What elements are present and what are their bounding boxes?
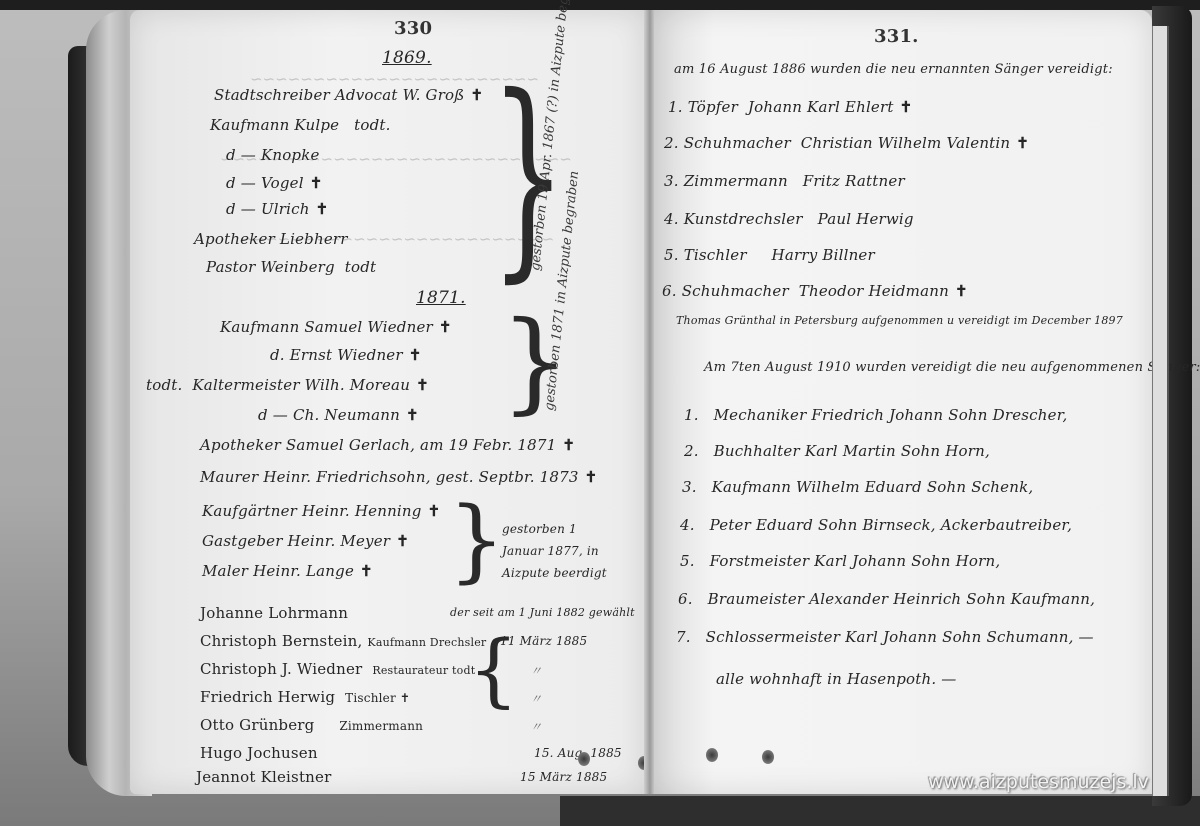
binding-hole (762, 750, 774, 764)
member-entry: 2. Schuhmacher Christian Wilhelm Valenti… (664, 134, 1029, 152)
register-entry: Kaufgärtner Heinr. Henning✝ (202, 502, 440, 520)
deceased-cross-icon: ✝ (396, 532, 409, 550)
member-entry: 2. Buchhalter Karl Martin Sohn Horn, (684, 442, 990, 460)
year-heading-1869: 1869. (382, 48, 432, 68)
register-entry: Pastor Weinberg todt (206, 258, 376, 276)
register-entry: Stadtschreiber Advocat W. Groß✝ (214, 86, 483, 104)
heading-1886: am 16 August 1886 wurden die neu ernannt… (674, 62, 1113, 77)
bracket-1885: { (468, 630, 519, 710)
member-entry: 3. Zimmermann Fritz Rattner (664, 172, 905, 190)
register-entry: d — Vogel✝ (226, 174, 322, 192)
deceased-cross-icon: ✝ (439, 318, 452, 336)
deceased-cross-icon: ✝ (360, 562, 373, 580)
register-entry: Christoph J. Wiedner Restaurateur todt (200, 660, 475, 678)
register-entry: Hugo Jochusen (200, 744, 318, 762)
page-number: 330 (394, 18, 432, 39)
register-entry: Friedrich Herwig Tischler ✝ (200, 688, 410, 706)
binding-hole (578, 752, 590, 766)
right-page: 331. am 16 August 1886 wurden die neu er… (654, 10, 1152, 794)
register-entry: d — Ch. Neumann✝ (258, 406, 419, 424)
member-entry: 3. Kaufmann Wilhelm Eduard Sohn Schenk, (682, 478, 1033, 496)
deceased-cross-icon: ✝ (955, 282, 968, 300)
deceased-cross-icon: ✝ (416, 376, 429, 394)
deceased-cross-icon: ✝ (428, 502, 441, 520)
register-entry: Christoph Bernstein, Kaufmann Drechsler (200, 632, 486, 650)
member-entry: 5. Tischler Harry Billner (664, 246, 875, 264)
note-1897: Thomas Grünthal in Petersburg aufgenomme… (676, 314, 1123, 327)
register-entry: Kaufmann Samuel Wiedner✝ (220, 318, 452, 336)
register-entry: Gastgeber Heinr. Meyer✝ (202, 532, 409, 550)
register-entry: d — Ulrich✝ (226, 200, 328, 218)
register-entry: todt. Kaltermeister Wilh. Moreau✝ (146, 376, 429, 394)
member-entry: 1. Mechaniker Friedrich Johann Sohn Dres… (684, 406, 1067, 424)
deceased-cross-icon: ✝ (406, 406, 419, 424)
deceased-cross-icon: ✝ (409, 346, 422, 364)
deceased-cross-icon: ✝ (585, 468, 598, 486)
entry-date: 15 März 1885 (520, 770, 607, 784)
register-entry: Apotheker Liebherr (194, 230, 348, 248)
deceased-cross-icon: ✝ (900, 98, 913, 116)
member-entry: 6. Braumeister Alexander Heinrich Sohn K… (678, 590, 1095, 608)
register-entry: Apotheker Samuel Gerlach, am 19 Febr. 18… (200, 436, 575, 454)
member-entry: 1. Töpfer Johann Karl Ehlert✝ (668, 98, 912, 116)
register-entry: d. Ernst Wiedner✝ (270, 346, 422, 364)
register-entry: Maurer Heinr. Friedrichsohn, gest. Septb… (200, 468, 597, 486)
deceased-cross-icon: ✝ (316, 200, 329, 218)
closing-line: alle wohnhaft in Hasenpoth. — (716, 670, 956, 688)
member-entry: 6. Schuhmacher Theodor Heidmann✝ (662, 282, 968, 300)
member-entry: 7. Schlossermeister Karl Johann Sohn Sch… (676, 628, 1094, 646)
bracket-1877: } (448, 496, 505, 586)
page-number: 331. (874, 26, 919, 47)
open-book: ~~~~~~~~~~~~~~~~~~~~~~~ ~~~~~~~~~~~~~~~~… (68, 6, 1192, 804)
register-entry: Jeannot Kleistner (196, 768, 332, 786)
entry-date: 〃 (530, 690, 542, 707)
entry-date: der seit am 1 Juni 1882 gewählt (450, 606, 635, 619)
entry-date: 〃 (530, 718, 542, 735)
bracket-note-1877: gestorben 1 Januar 1877, in Aizpute beer… (502, 518, 622, 584)
page-stack-right-edge (1152, 26, 1169, 796)
deceased-cross-icon: ✝ (310, 174, 323, 192)
left-page: ~~~~~~~~~~~~~~~~~~~~~~~ ~~~~~~~~~~~~~~~~… (130, 10, 644, 794)
register-entry: d — Knopke (226, 146, 320, 164)
member-entry: 4. Kunstdrechsler Paul Herwig (664, 210, 914, 228)
entry-date: 〃 (530, 662, 542, 679)
member-entry: 4. Peter Eduard Sohn Birnseck, Ackerbaut… (680, 516, 1072, 534)
year-heading-1871: 1871. (416, 288, 466, 308)
watermark-text: www.aizputesmuzejs.lv (928, 771, 1149, 793)
binding-hole (706, 748, 718, 762)
register-entry: Otto Grünberg Zimmermann (200, 716, 423, 734)
deceased-cross-icon: ✝ (562, 436, 575, 454)
deceased-cross-icon: ✝ (1016, 134, 1029, 152)
heading-1910: Am 7ten August 1910 wurden vereidigt die… (704, 360, 1200, 375)
member-entry: 5. Forstmeister Karl Johann Sohn Horn, (680, 552, 1000, 570)
register-entry: Maler Heinr. Lange✝ (202, 562, 373, 580)
deceased-cross-icon: ✝ (471, 86, 484, 104)
register-entry: Johanne Lohrmann (200, 604, 348, 622)
register-entry: Kaufmann Kulpe todt. (210, 116, 391, 134)
